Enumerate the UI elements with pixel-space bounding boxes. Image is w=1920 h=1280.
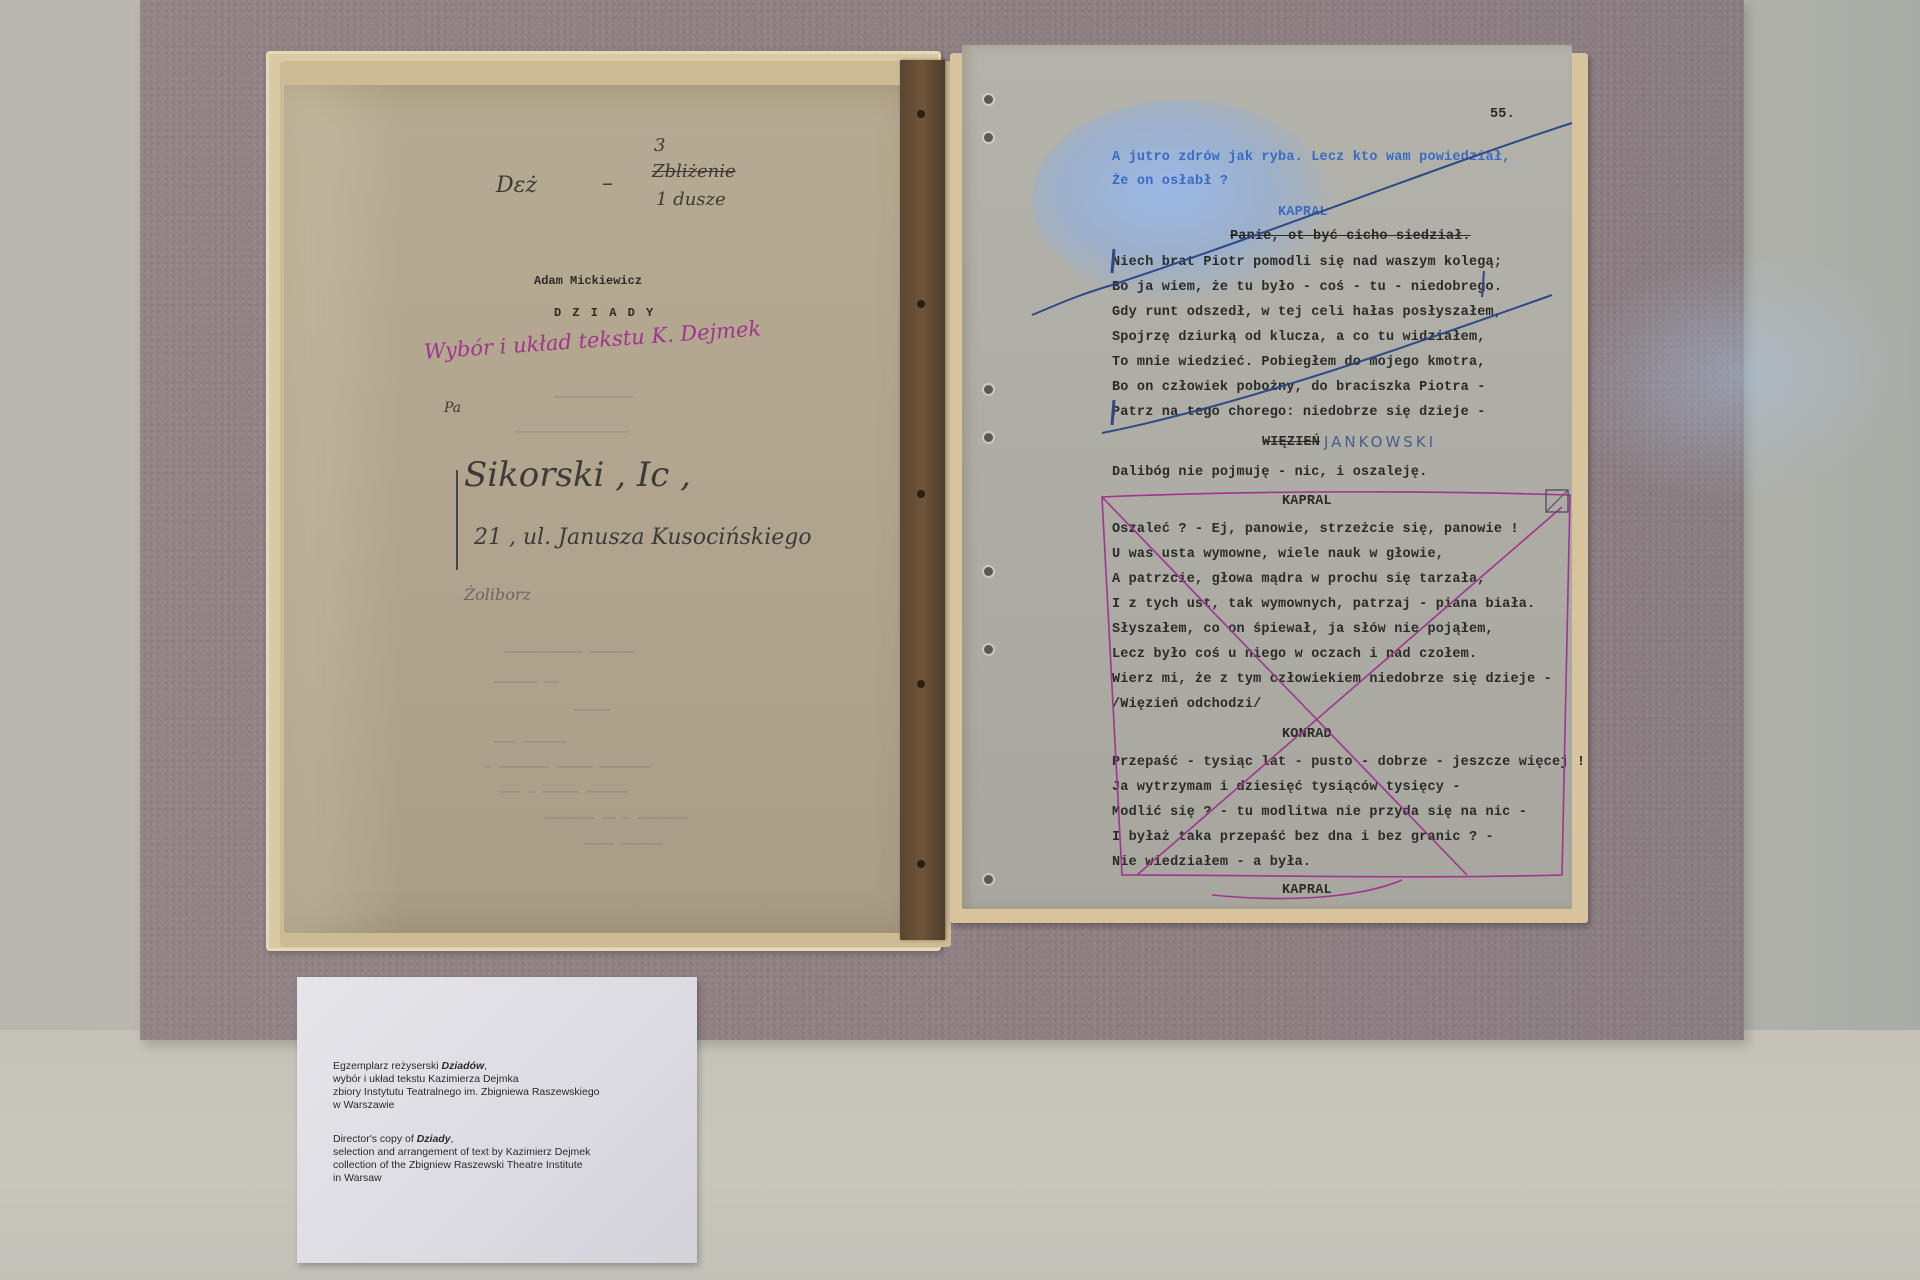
tissue-overlay xyxy=(284,85,404,933)
binder-spine xyxy=(900,60,945,940)
label-en-line3: collection of the Zbigniew Raszewski The… xyxy=(333,1159,590,1172)
magenta-box xyxy=(1102,492,1570,877)
pencil-bracket xyxy=(456,470,458,570)
binder-hole xyxy=(917,680,925,688)
exhibit-label-card: Egzemplarz reżyserski Dziadów, wybór i u… xyxy=(297,977,697,1263)
blue-strike-line xyxy=(1102,295,1552,433)
typed-title: D Z I A D Y xyxy=(554,306,655,320)
typed-author: Adam Mickiewicz xyxy=(534,274,642,288)
binder-hole xyxy=(917,490,925,498)
pencil-note-line1: Zbliżenie xyxy=(652,161,736,182)
label-pl-line4: w Warszawie xyxy=(333,1099,600,1112)
label-punct: , xyxy=(484,1060,487,1072)
projected-light-glare xyxy=(1544,226,1920,524)
pencil-dash: – xyxy=(602,171,613,196)
label-en-line1: Director's copy of xyxy=(333,1133,417,1145)
label-en-line2: selection and arrangement of text by Kaz… xyxy=(333,1146,590,1159)
typescript-page-55: 55. A jutro zdrów jak ryba. Lecz kto wam… xyxy=(962,45,1572,909)
right-typescript-stack: 55. A jutro zdrów jak ryba. Lecz kto wam… xyxy=(950,45,1580,915)
pencil-lower-note: Żoliborz xyxy=(464,585,531,604)
label-pl-line3: zbiory Instytutu Teatralnego im. Zbignie… xyxy=(333,1086,600,1099)
pencil-note-top-left: Dεż xyxy=(496,173,537,198)
magenta-handwritten-note: Wybór i układ tekstu K. Dejmek xyxy=(423,316,762,364)
magenta-x-line xyxy=(1102,497,1467,875)
left-manuscript-stack: Dεż – 3 Zbliżenie 1 dusze Adam Mickiewic… xyxy=(272,55,927,945)
label-pl-title: Dziadów xyxy=(442,1060,485,1072)
pencil-address: 21 , ul. Janusza Kusocińskiego xyxy=(474,525,812,550)
binder-hole xyxy=(917,300,925,308)
pencil-pa: Pa xyxy=(444,400,461,416)
label-en-title: Dziady xyxy=(417,1133,451,1145)
label-pl-line2: wybór i układ tekstu Kazimierza Dejmka xyxy=(333,1073,600,1086)
pencil-note-line2: 1 dusze xyxy=(656,189,726,210)
pencil-name: Sikorski , Ic , xyxy=(464,455,691,495)
binder-hole xyxy=(917,110,925,118)
label-english: Director's copy of Dziady, selection and… xyxy=(333,1133,590,1185)
binder-hole xyxy=(917,860,925,868)
title-page: Dεż – 3 Zbliżenie 1 dusze Adam Mickiewic… xyxy=(284,85,917,933)
label-pl-line1: Egzemplarz reżyserski xyxy=(333,1060,442,1072)
display-case-floor xyxy=(0,1030,1920,1280)
label-en-line4: in Warsaw xyxy=(333,1172,590,1185)
magenta-x-line xyxy=(1137,507,1562,875)
editorial-pen-marks xyxy=(962,45,1582,915)
blue-strike-line xyxy=(1032,123,1572,315)
pencil-number: 3 xyxy=(654,135,665,156)
label-polish: Egzemplarz reżyserski Dziadów, wybór i u… xyxy=(333,1060,600,1112)
label-punct: , xyxy=(451,1133,454,1145)
